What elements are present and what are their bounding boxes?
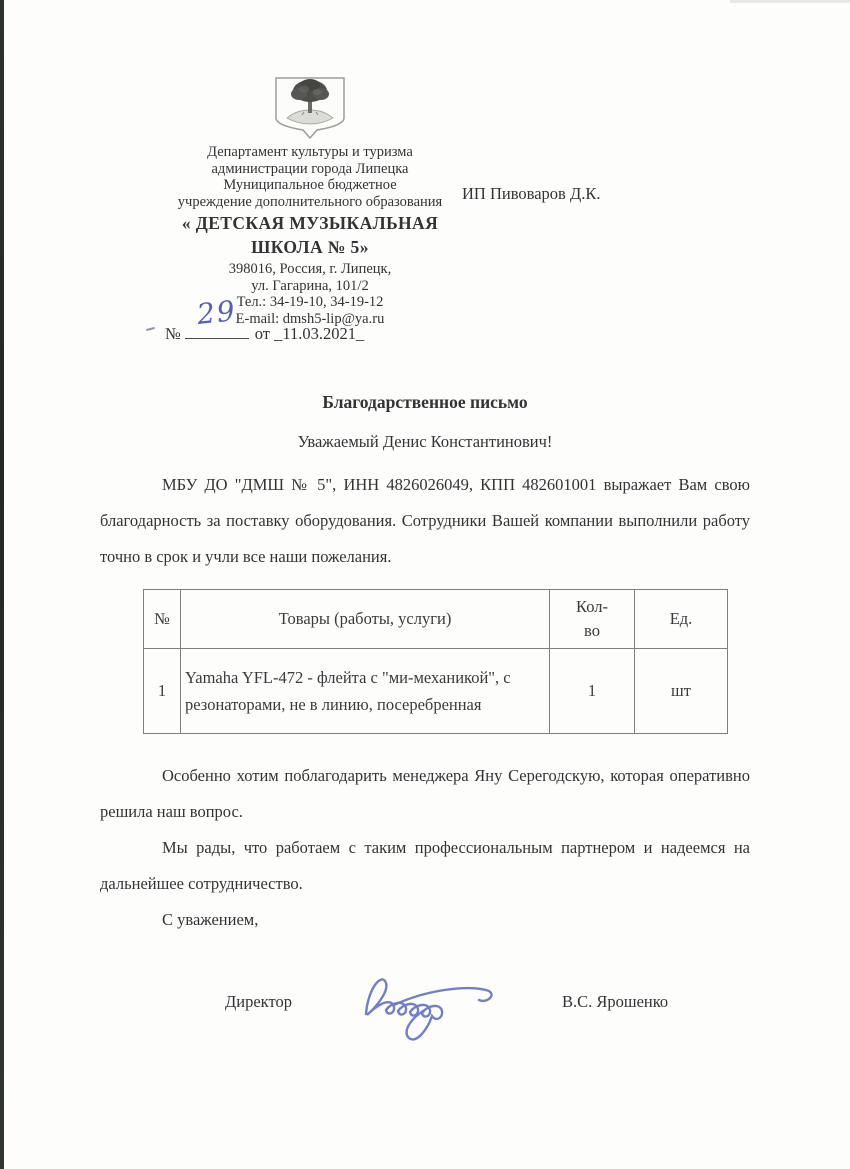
handwritten-doc-number: 29 xyxy=(195,294,238,331)
doc-number-blank: 29 xyxy=(185,320,249,339)
col-header-quantity: Кол-во xyxy=(550,590,635,649)
lipetsk-coat-of-arms-icon xyxy=(112,76,508,140)
paragraph-intro: МБУ ДО "ДМШ № 5", ИНН 4826026049, КПП 48… xyxy=(100,467,750,575)
cell-row-number: 1 xyxy=(144,649,181,734)
addressee: ИП Пивоваров Д.К. xyxy=(462,184,600,204)
doc-number-line: №29от _11.03.2021_ xyxy=(146,320,364,344)
paragraph-partner: Мы рады, что работаем с таким профессион… xyxy=(100,830,750,902)
scan-edge-artifact-top xyxy=(730,0,850,3)
pen-tick-mark xyxy=(146,327,155,331)
letter-body: Благодарственное письмо Уважаемый Денис … xyxy=(100,392,750,1072)
cell-quantity: 1 xyxy=(550,649,635,734)
paragraph-thanks: Особенно хотим поблагодарить менеджера Я… xyxy=(100,758,750,830)
department-line: администрации города Липецка xyxy=(112,161,508,178)
address-line: 398016, Россия, г. Липецк, xyxy=(112,261,508,278)
goods-table: № Товары (работы, услуги) Кол-во Ед. 1 Y… xyxy=(143,589,728,734)
cell-item-description: Yamaha YFL-472 - флейта с "ми-механикой"… xyxy=(181,649,550,734)
col-header-goods: Товары (работы, услуги) xyxy=(181,590,550,649)
contact-block: 398016, Россия, г. Липецк, ул. Гагарина,… xyxy=(112,261,508,327)
table-header-row: № Товары (работы, услуги) Кол-во Ед. xyxy=(144,590,728,649)
scanned-letter-page: Департамент культуры и туризма администр… xyxy=(0,0,850,1169)
col-header-number: № xyxy=(144,590,181,649)
doc-number-label: № xyxy=(165,324,181,343)
greeting: Уважаемый Денис Константинович! xyxy=(100,427,750,457)
signature-row: Директор В.С. Ярошенко xyxy=(100,962,750,1072)
phone-line: Тел.: 34-19-10, 34-19-12 xyxy=(112,294,508,311)
school-name-line2: ШКОЛА № 5» xyxy=(112,236,508,258)
signer-position: Директор xyxy=(225,992,292,1012)
doc-date: от _11.03.2021_ xyxy=(255,324,365,343)
signer-name: В.С. Ярошенко xyxy=(562,992,668,1012)
cell-unit: шт xyxy=(635,649,728,734)
department-line: Департамент культуры и туризма xyxy=(112,144,508,161)
table-row: 1 Yamaha YFL-472 - флейта с "ми-механико… xyxy=(144,649,728,734)
scan-edge-artifact xyxy=(0,0,4,1169)
handwritten-signature xyxy=(352,956,522,1051)
department-line: учреждение дополнительного образования xyxy=(112,194,508,211)
letter-title: Благодарственное письмо xyxy=(100,392,750,413)
letterhead: Департамент культуры и туризма администр… xyxy=(112,76,508,327)
address-line: ул. Гагарина, 101/2 xyxy=(112,278,508,295)
valediction: С уважением, xyxy=(100,902,750,938)
col-header-unit: Ед. xyxy=(635,590,728,649)
department-line: Муниципальное бюджетное xyxy=(112,177,508,194)
school-name-line1: « ДЕТСКАЯ МУЗЫКАЛЬНАЯ xyxy=(112,212,508,234)
